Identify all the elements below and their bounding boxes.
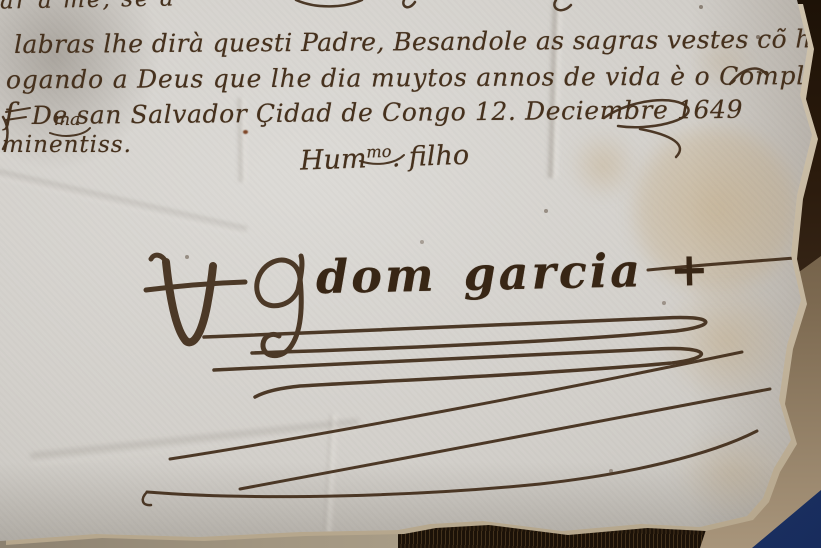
line-2-main: ogando a Deus que lhe dia muytos annos d… bbox=[6, 61, 821, 94]
closing-right-main: Hum bbox=[300, 143, 368, 176]
photo-canvas: ar à me, se a labras lhe dirà questi Pad… bbox=[0, 0, 821, 548]
closing-left-fragment: minentiss. bbox=[2, 132, 132, 158]
closing-humilde-filho: Hummo. filho bbox=[299, 139, 469, 177]
manuscript-page: ar à me, se a labras lhe dirà questi Pad… bbox=[0, 0, 821, 548]
manuscript-line-2: ogando a Deus que lhe dia muytos annos d… bbox=[6, 61, 821, 95]
dateline-prefix-mark: ſ bbox=[4, 97, 16, 132]
signature-dom-garcia: dom garcia + bbox=[315, 242, 712, 304]
manuscript-line-1: labras lhe dirà questi Padre, Besandole … bbox=[14, 24, 821, 59]
closing-right-superscript: mo bbox=[366, 142, 392, 162]
closing-right-tail: . filho bbox=[391, 140, 470, 174]
water-stain bbox=[556, 118, 651, 213]
wrinkle bbox=[30, 419, 359, 465]
dateline-text: De san Salvador Çidad de Congo 12. Decie… bbox=[32, 95, 744, 130]
manuscript-dateline: ſDe san Salvador Çidad de Congo 12. Deci… bbox=[4, 91, 743, 132]
closing-left-superscript: ma bbox=[54, 110, 80, 130]
manuscript-line-top-fragment: ar à me, se a bbox=[0, 0, 176, 15]
wrinkle bbox=[0, 166, 248, 236]
wax-speck bbox=[243, 130, 248, 134]
